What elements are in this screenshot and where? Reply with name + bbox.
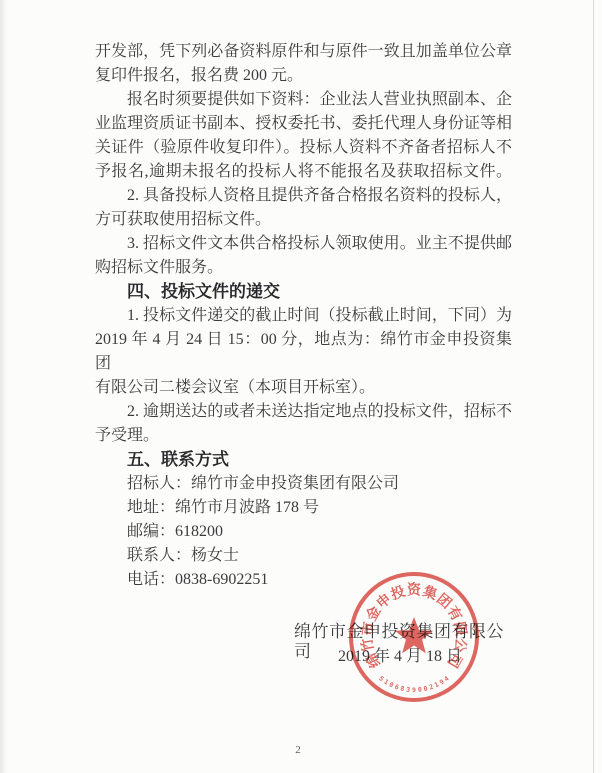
body-line-item-1: 1. 投标文件递交的截止时间（投标截止时间，下同）为: [95, 304, 512, 328]
body-line: 购招标文件服务。: [95, 256, 512, 280]
stamp-star-icon: [395, 617, 433, 653]
body-line: 予报名,逾期未报名的投标人将不能报名及获取招标文件。: [95, 160, 512, 184]
svg-text:9: 9: [412, 686, 416, 694]
svg-text:竹: 竹: [358, 637, 376, 654]
document-body: 开发部，凭下列必备资料原件和与原件一致且加盖单位公章 复印件报名，报名费 200…: [95, 40, 512, 592]
stamp-serial-number: 5106839002194: [377, 674, 450, 694]
body-line: 报名时须要提供如下资料：企业法人营业执照副本、企: [95, 88, 512, 112]
svg-text:6: 6: [394, 683, 400, 692]
svg-text:资: 资: [407, 582, 422, 598]
section-heading-contact: 五、联系方式: [95, 448, 512, 472]
svg-text:3: 3: [406, 686, 411, 694]
page-number: 2: [288, 744, 308, 756]
svg-text:0: 0: [423, 684, 429, 693]
svg-text:8: 8: [400, 684, 406, 693]
body-line: 关证件（验原件收复印件）。投标人资料不齐备者招标人不: [95, 136, 512, 160]
scan-edge-shadow-left: [0, 0, 8, 773]
body-line: 予受理。: [95, 424, 512, 448]
official-seal-stamp: 绵竹市金申投资集团有限公司 5106839002194: [344, 567, 484, 707]
scanned-document-page: 开发部，凭下列必备资料原件和与原件一致且加盖单位公章 复印件报名，报名费 200…: [0, 0, 602, 773]
body-line-item-2: 2. 具备投标人资格且提供齐备合格报名资料的投标人，: [95, 184, 512, 208]
body-line: 复印件报名，报名费 200 元。: [95, 64, 512, 88]
contact-address-line: 地址：绵竹市月波路 178 号: [95, 496, 512, 520]
section-heading-submission: 四、投标文件的递交: [95, 280, 512, 304]
body-line-item-2: 2. 逾期送达的或者未送达指定地点的投标文件，招标不: [95, 400, 512, 424]
svg-text:0: 0: [417, 686, 422, 694]
contact-person-line: 联系人：杨女士: [95, 544, 512, 568]
scan-edge-line-right: [593, 0, 594, 773]
body-line: 2019 年 4 月 24 日 15：00 分，地点为：绵竹市金申投资集团: [95, 328, 512, 376]
body-line: 开发部，凭下列必备资料原件和与原件一致且加盖单位公章: [95, 40, 512, 64]
body-line: 业监理资质证书副本、授权委托书、委托代理人身份证等相: [95, 112, 512, 136]
svg-text:限: 限: [451, 620, 469, 637]
body-line-item-3: 3. 招标文件文本供合格投标人领取使用。业主不提供邮: [95, 232, 512, 256]
body-line: 方可获取使用招标文件。: [95, 208, 512, 232]
svg-text:司: 司: [444, 651, 465, 671]
contact-tenderer-line: 招标人：绵竹市金申投资集团有限公司: [95, 472, 512, 496]
body-line: 有限公司二楼会议室（本项目开标室）。: [95, 376, 512, 400]
contact-postcode-line: 邮编：618200: [95, 520, 512, 544]
